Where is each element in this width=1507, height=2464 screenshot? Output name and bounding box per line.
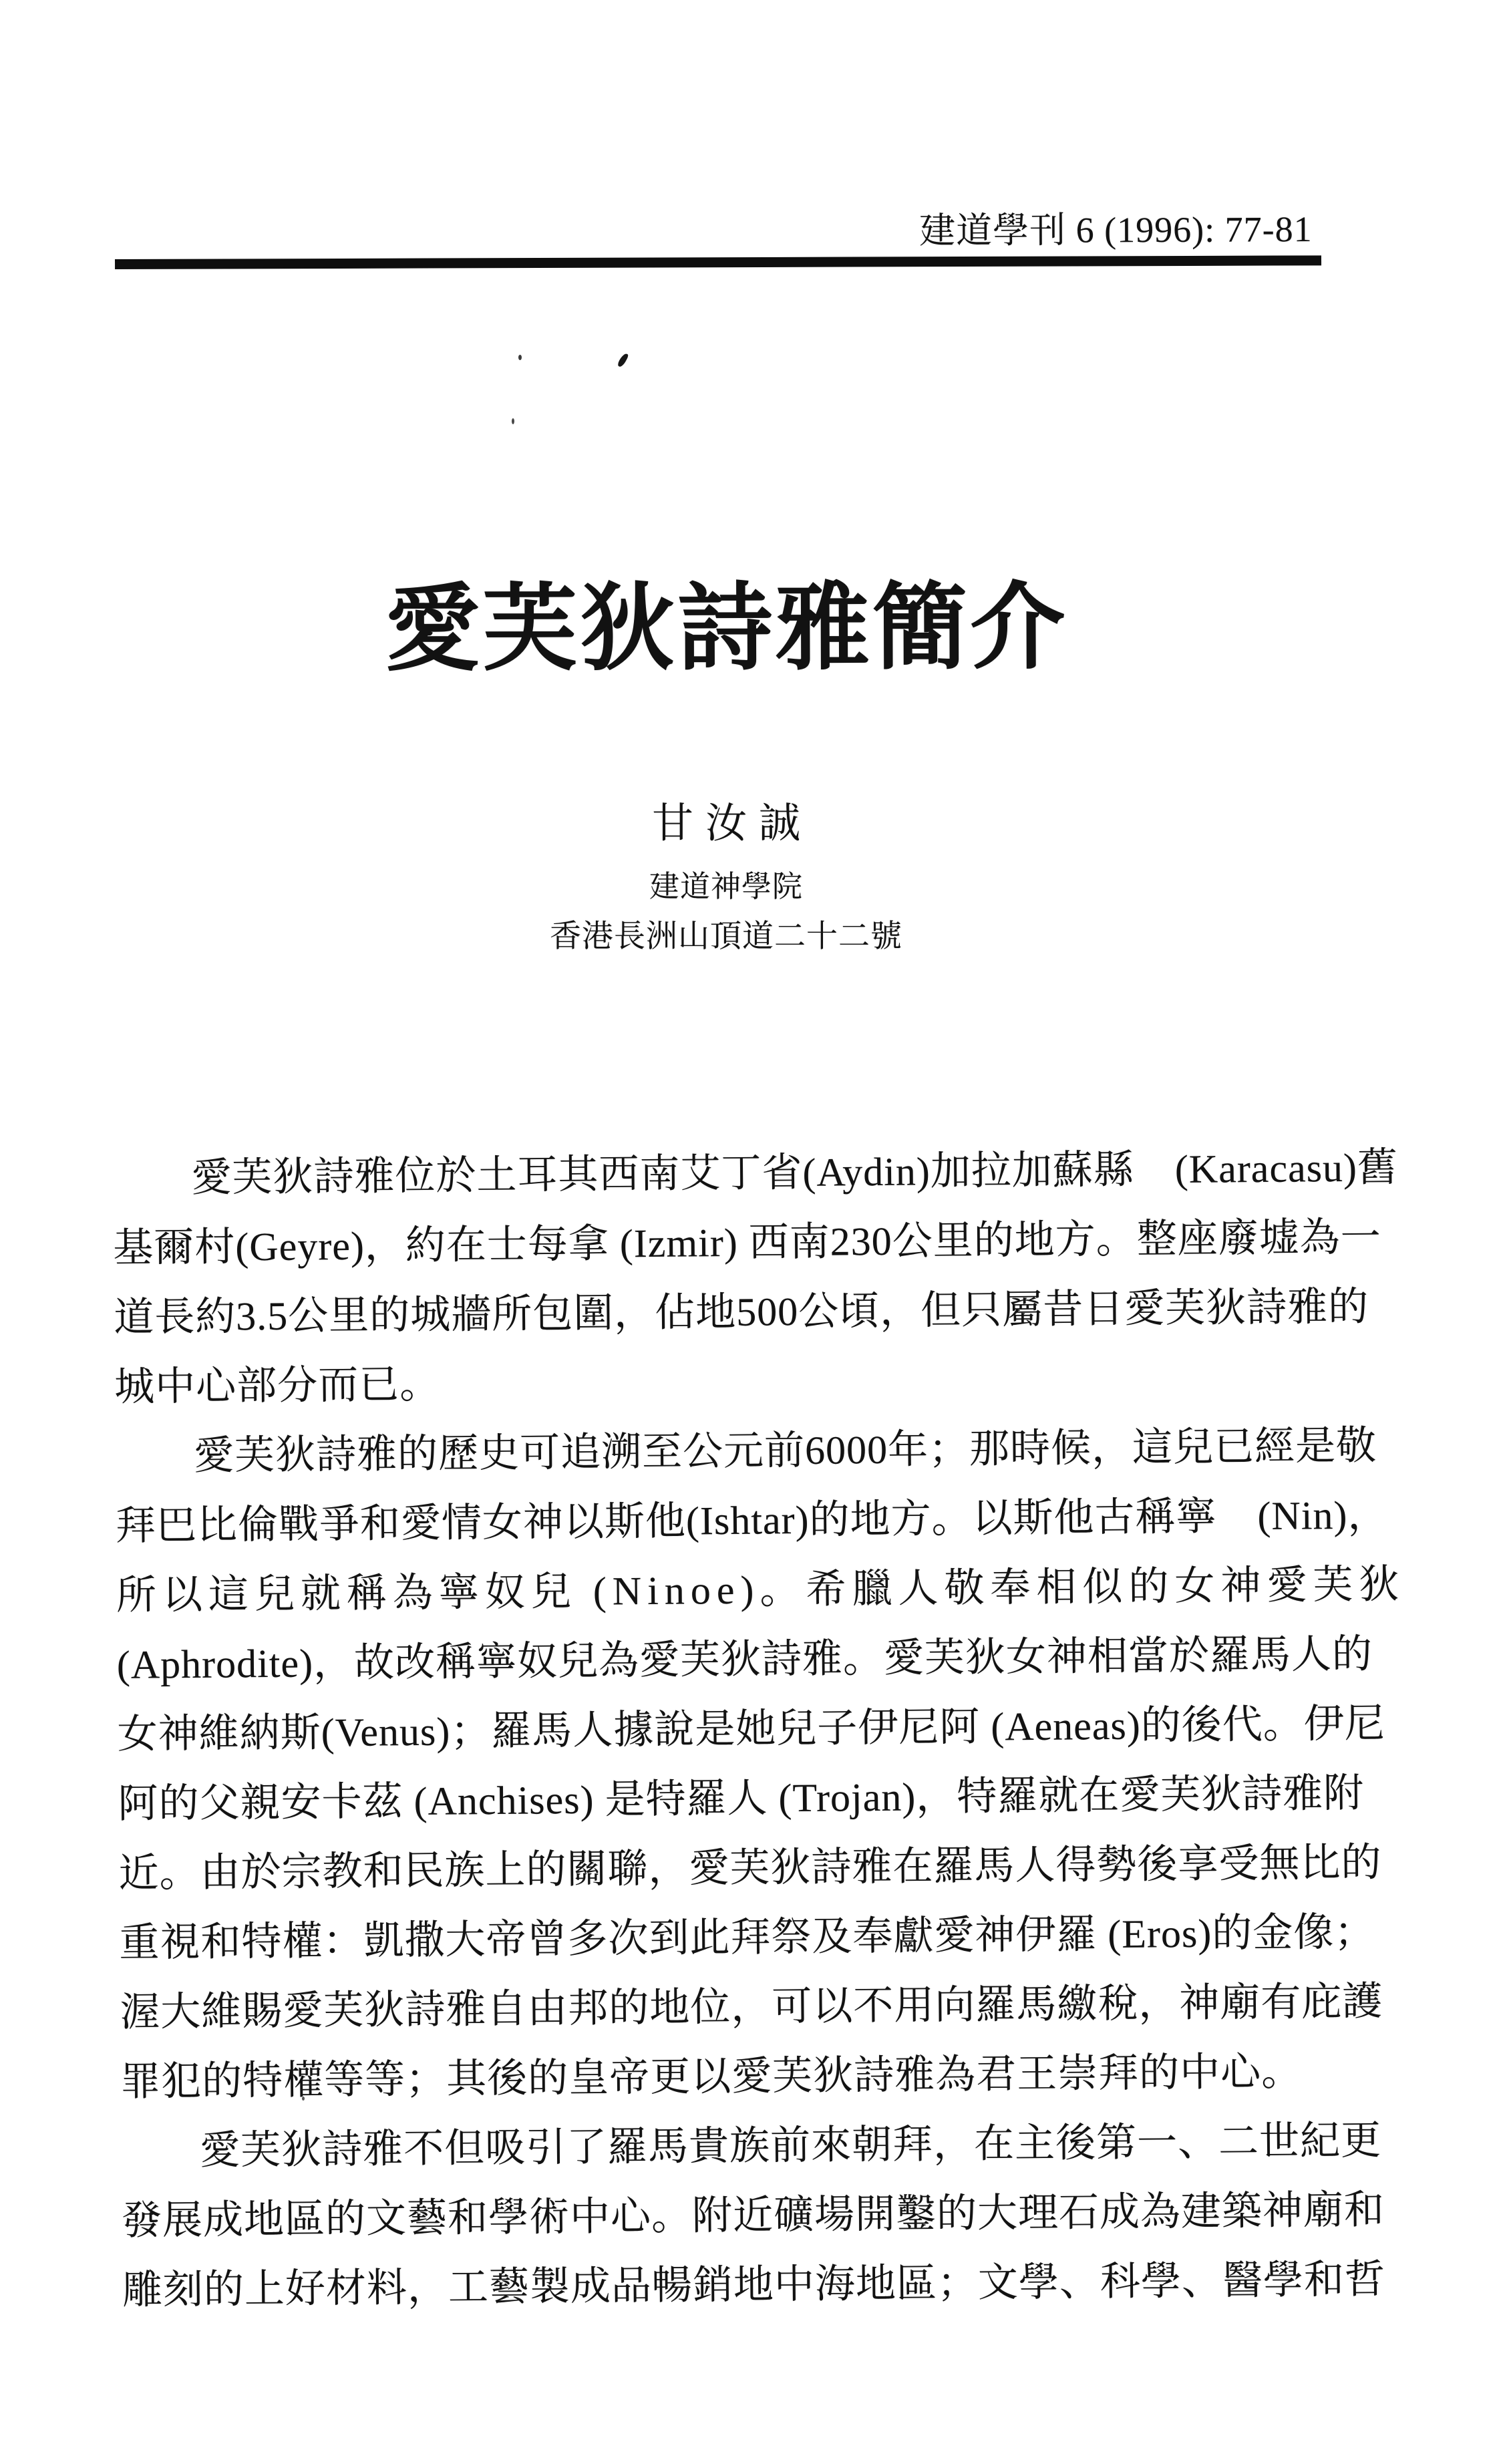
body-line: 愛芙狄詩雅的歷史可追溯至公元前6000年；那時候，這兒已經是敬 bbox=[115, 1411, 1345, 1491]
journal-citation: 建道學刊 6 (1996): 77-81 bbox=[919, 200, 1313, 254]
body-line: 重視和特權：凱撒大帝曾多次到此拜祭及奉獻愛神伊羅 (Eros)的金像； bbox=[119, 1897, 1349, 1978]
body-line: 渥大維賜愛芙狄詩雅自由邦的地位，可以不用向羅馬繳稅，神廟有庇護 bbox=[120, 1967, 1349, 2047]
body-line: 雕刻的上好材料，工藝製成品暢銷地中海地區；文學、科學、醫學和哲 bbox=[122, 2245, 1352, 2325]
author-address: 香港長洲山頂道二十二號 bbox=[114, 911, 1339, 956]
body-line: 近。由於宗教和民族上的關聯，愛芙狄詩雅在羅馬人得勢後享受無比的 bbox=[118, 1828, 1348, 1908]
body-line: 道長約3.5公里的城牆所包圍，佔地500公頃，但只屬昔日愛芙狄詩雅的 bbox=[114, 1272, 1343, 1352]
scan-speck bbox=[512, 418, 514, 424]
header-rule bbox=[115, 255, 1321, 269]
body-line: (Aphrodite)，故改稱寧奴兒為愛芙狄詩雅。愛芙狄女神相當於羅馬人的 bbox=[116, 1620, 1346, 1700]
scan-speck bbox=[518, 355, 522, 360]
article-body: 愛芙狄詩雅位於土耳其西南艾丁省(Aydin)加拉加蘇縣 (Karacasu)舊 … bbox=[112, 1133, 1351, 2325]
scan-speck bbox=[302, 2097, 305, 2101]
body-line: 愛芙狄詩雅位於土耳其西南艾丁省(Aydin)加拉加蘇縣 (Karacasu)舊 bbox=[112, 1133, 1342, 1213]
body-line: 城中心部分而已。 bbox=[114, 1342, 1344, 1422]
document-page: 建道學刊 6 (1996): 77-81 愛芙狄詩雅簡介 甘汝誠 建道神學院 香… bbox=[0, 0, 1507, 2464]
scan-speck bbox=[617, 352, 629, 368]
body-line: 罪犯的特權等等；其後的皇帝更以愛芙狄詩雅為君王崇拜的中心。 bbox=[120, 2036, 1350, 2117]
body-line: 所以這兒就稱為寧奴兒 (Ninoe)。希臘人敬奉相似的女神愛芙狄 bbox=[116, 1550, 1345, 1630]
body-line: 愛芙狄詩雅不但吸引了羅馬貴族前來朝拜，在主後第一、二世紀更 bbox=[121, 2106, 1351, 2186]
author-affiliation: 建道神學院 bbox=[114, 862, 1339, 905]
article-title: 愛芙狄詩雅簡介 bbox=[114, 550, 1339, 690]
body-line: 拜巴比倫戰爭和愛情女神以斯他(Ishtar)的地方。以斯他古稱寧 (Nin)， bbox=[116, 1481, 1345, 1561]
body-line: 基爾村(Geyre)，約在士每拿 (Izmir) 西南230公里的地方。整座廢墟… bbox=[113, 1203, 1343, 1283]
body-line: 發展成地區的文藝和學術中心。附近礦場開鑿的大理石成為建築神廟和 bbox=[122, 2175, 1351, 2256]
body-line: 女神維納斯(Venus)；羅馬人據說是她兒子伊尼阿 (Aeneas)的後代。伊尼 bbox=[117, 1689, 1347, 1769]
author-name: 甘汝誠 bbox=[114, 790, 1339, 849]
body-line: 阿的父親安卡茲 (Anchises) 是特羅人 (Trojan)，特羅就在愛芙狄… bbox=[118, 1758, 1347, 1839]
